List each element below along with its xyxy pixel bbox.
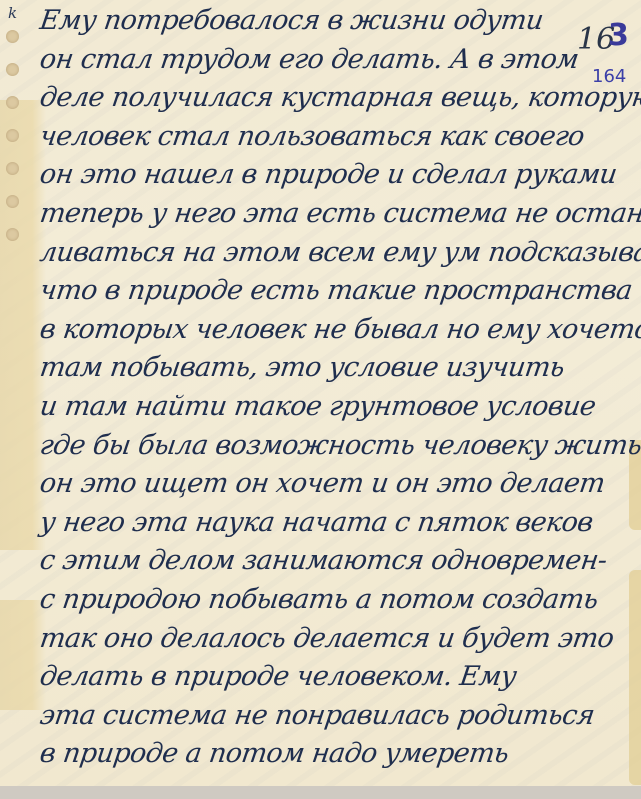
binding-hole-icon	[6, 63, 19, 76]
text-line: с этим делом занимаются одновремен-	[37, 542, 612, 581]
text-line: ливаться на этом всем ему ум подсказывае…	[37, 234, 612, 273]
binding-hole-icon	[6, 162, 19, 175]
text-line: он это нашел в природе и сделал руками	[37, 156, 612, 195]
text-line: человек стал пользоваться как своего	[37, 118, 612, 157]
binding-hole-icon	[6, 228, 19, 241]
text-line: там побывать, это условие изучить	[37, 349, 612, 388]
text-line: с природою побывать а потом создать	[37, 581, 612, 620]
text-line: и там найти такое грунтовое условие	[37, 388, 612, 427]
text-line: деле получилася кустарная вещь, которую	[37, 79, 612, 118]
text-line: Ему потребовалося в жизни одути	[37, 2, 612, 41]
binding-hole-icon	[6, 96, 19, 109]
text-line: эта система не понравилась родиться	[37, 697, 612, 736]
text-line: что в природе есть такие пространства	[37, 272, 612, 311]
binding-hole-icon	[6, 129, 19, 142]
text-line: он это ищет он хочет и он это делает	[37, 465, 612, 504]
text-line: в которых человек не бывал но ему хочетс…	[37, 311, 612, 350]
handwritten-text-body: Ему потребовалося в жизни одути он стал …	[40, 2, 610, 774]
scan-background-edge	[0, 786, 641, 799]
text-line: теперь у него эта есть система не остана…	[37, 195, 612, 234]
margin-mark: k	[8, 4, 17, 22]
text-line: он стал трудом его делать. А в этом	[37, 41, 612, 80]
binding-hole-icon	[6, 195, 19, 208]
tape-residue-right-lower	[629, 570, 641, 785]
binding-holes	[6, 30, 19, 241]
text-line: где бы была возможность человеку жить	[37, 427, 612, 466]
manuscript-page: k 16 3 164 Ему потребовалося в жизни оду…	[0, 0, 641, 786]
binding-hole-icon	[6, 30, 19, 43]
text-line: делать в природе человеком. Ему	[37, 658, 612, 697]
text-line: в природе а потом надо умереть	[37, 735, 612, 774]
text-line: так оно делалось делается и будет это	[37, 620, 612, 659]
text-line: у него эта наука начата с пяток веков	[37, 504, 612, 543]
